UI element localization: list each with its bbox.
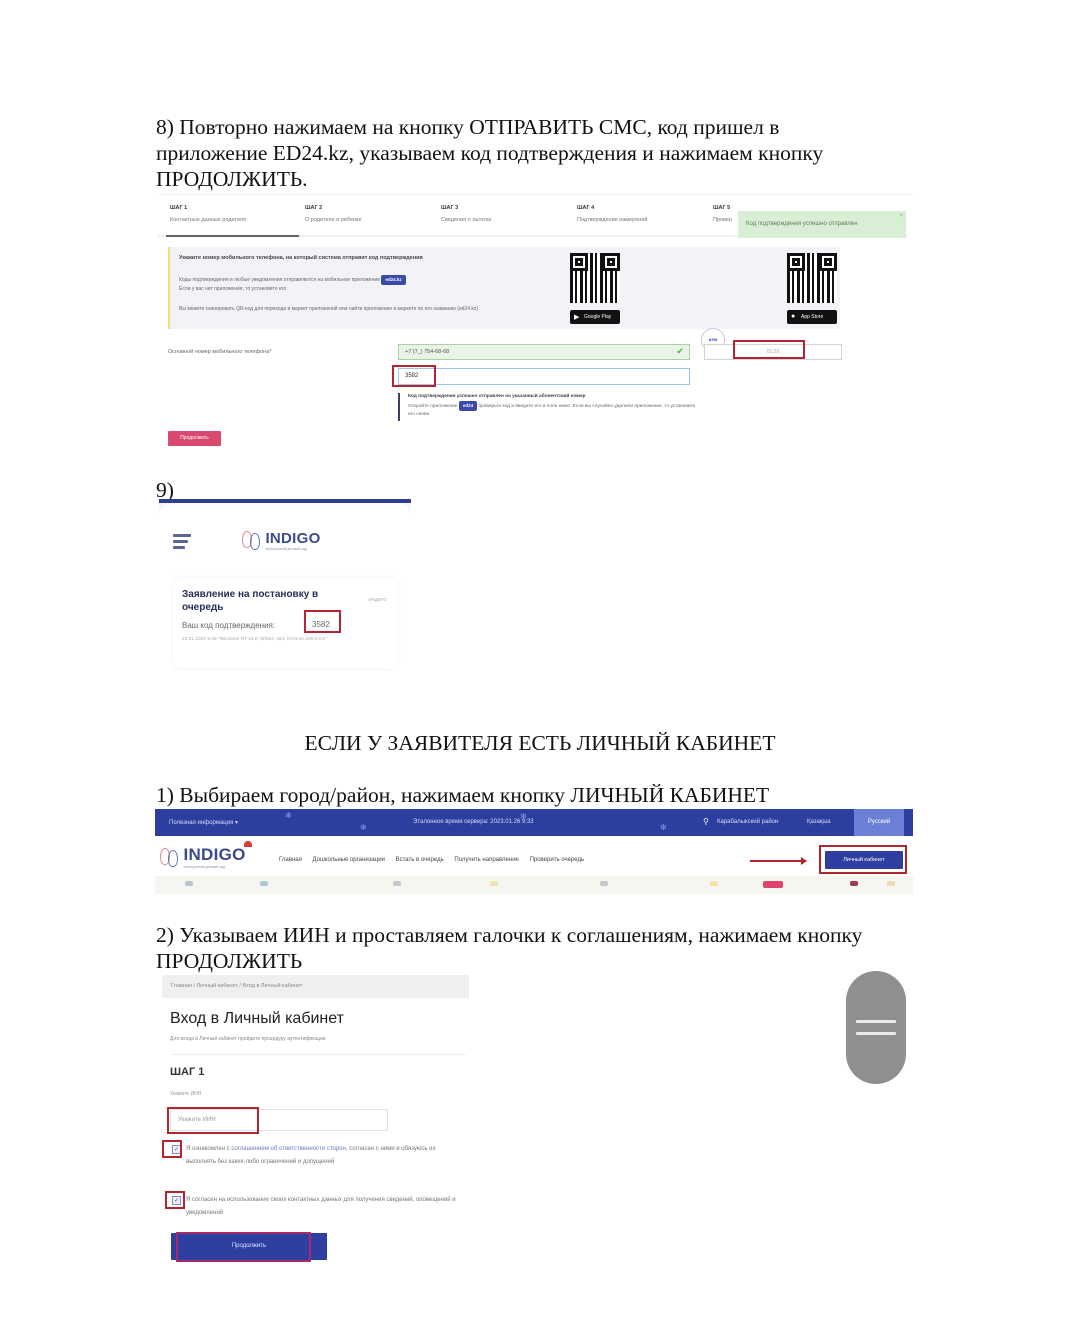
nav-home[interactable]: Главная — [279, 857, 302, 863]
wizard-step-number: ШАГ 1 — [170, 205, 246, 211]
divider — [170, 1054, 466, 1055]
wizard-step-label: Контактные данные родителя — [170, 217, 246, 223]
google-play-badge[interactable]: ▶Google Play — [570, 310, 620, 324]
info-line: Коды подтверждения и любые уведомления о… — [179, 277, 380, 283]
notification-card[interactable]: Заявление на постановку в очередь ИНДИГО… — [173, 578, 397, 668]
wizard-step-number: ШАГ 4 — [577, 205, 647, 211]
main-nav: Главная Дошкольные организации Встать в … — [279, 857, 593, 863]
highlight-box — [392, 365, 436, 387]
snowflake-icon: ✻ — [660, 823, 667, 832]
decoration — [490, 881, 498, 886]
decoration — [393, 881, 401, 886]
page-title: Вход в Личный кабинет — [170, 1010, 344, 1028]
agreement-checkbox-2[interactable]: ✓ Я согласен на использование своих конт… — [172, 1194, 462, 1220]
decoration — [850, 881, 858, 886]
wizard-step-4[interactable]: ШАГ 4 Подтверждение намерений — [577, 205, 647, 223]
instruction-step-1: 1) Выбираем город/район, нажимаем кнопку… — [156, 782, 769, 808]
continue-button[interactable]: Продолжить — [168, 431, 221, 446]
wizard-step-5[interactable]: ШАГ 5 Провер — [713, 205, 732, 223]
confirmation-code-input[interactable]: 3582 — [398, 368, 690, 385]
page-subtitle: Для входа в Личный кабинет пройдите проц… — [170, 1036, 326, 1042]
snowflake-icon: ✻ — [360, 823, 367, 832]
phone-input[interactable]: +7 (7_) 754-68-68 ✔ — [398, 344, 690, 360]
handle-grip-line — [856, 1020, 896, 1023]
check-icon: ✔ — [676, 346, 684, 357]
useful-info-dropdown[interactable]: Полезная информация ▾ — [169, 819, 238, 826]
nav-organizations[interactable]: Дошкольные организации — [313, 857, 385, 863]
wizard-step-label: Провер — [713, 217, 732, 223]
sent-note-text: Откройте приложение — [408, 404, 457, 409]
arrow-head-icon — [801, 857, 807, 865]
breadcrumb[interactable]: Главная / Личный кабинет / Вход в Личный… — [162, 975, 469, 998]
toast-message: Код подтверждения успешно отправлен — [746, 221, 858, 227]
nav-get-referral[interactable]: Получить направление — [454, 857, 519, 863]
notification-sender: ИНДИГО — [369, 597, 387, 602]
wizard-step-number: ШАГ 5 — [713, 205, 732, 211]
decoration — [185, 881, 193, 886]
phone-label: Основной номер мобильного телефона* — [168, 349, 271, 355]
wizard-progress-active — [166, 235, 299, 237]
brand-subtitle: электронный детский сад — [183, 865, 245, 869]
nav-join-queue[interactable]: Встать в очередь — [396, 857, 444, 863]
decoration — [260, 881, 268, 886]
highlight-box — [819, 845, 907, 874]
agreement-link[interactable]: соглашением об ответственности сторон — [231, 1146, 346, 1152]
brand-name: INDIGO — [183, 845, 245, 864]
app-badge: ed24.kz — [381, 275, 405, 285]
floating-scroll-handle[interactable] — [846, 971, 906, 1084]
login-screenshot: Главная / Личный кабинет / Вход в Личный… — [162, 975, 469, 1270]
play-icon: ▶ — [574, 313, 579, 321]
handle-grip-line — [856, 1032, 896, 1035]
phone-value: +7 (7_) 754-68-68 — [405, 349, 449, 355]
info-line: Если у вас нет приложения, то установите… — [179, 286, 286, 292]
highlight-box — [304, 610, 341, 633]
agreement-checkbox-1[interactable]: ✓ Я ознакомлен с соглашением об ответств… — [172, 1143, 462, 1169]
indigo-logo[interactable]: INDIGOэлектронный детский сад — [159, 845, 246, 869]
wizard-step-label: Подтверждение намерений — [577, 217, 647, 223]
wizard-step-label: Сведения о льготах — [441, 217, 491, 223]
wizard-step-number: ШАГ 3 — [441, 205, 491, 211]
mobile-frame: INDIGOэлектронный детский сад Заявление … — [159, 503, 411, 674]
feet-logo-icon — [241, 529, 261, 551]
arrow-annotation — [750, 860, 804, 862]
highlight-box — [167, 1107, 259, 1134]
highlight-box — [733, 340, 805, 359]
mobile-screenshot: INDIGOэлектронный детский сад Заявление … — [159, 499, 411, 674]
decoration — [600, 881, 608, 886]
lang-russian[interactable]: Русский — [854, 809, 904, 836]
wizard-step-2[interactable]: ШАГ 2 О родителе и ребенке — [305, 205, 362, 223]
wizard-step-label: О родителе и ребенке — [305, 217, 362, 223]
info-text-app: Коды подтверждения и любые уведомления о… — [179, 275, 499, 293]
wizard-screenshot: ШАГ 1 Контактные данные родителя ШАГ 2 О… — [158, 194, 913, 452]
qr-code-app-store — [787, 253, 837, 303]
info-text-qr: Вы можете сканировать QR-код для переход… — [179, 305, 479, 313]
decoration — [763, 881, 783, 888]
step-title: ШАГ 1 — [170, 1066, 204, 1078]
close-icon[interactable]: × — [899, 213, 903, 219]
santa-hat-icon — [244, 841, 252, 847]
success-toast: Код подтверждения успешно отправлен × — [738, 211, 906, 238]
brand-name: INDIGO — [265, 530, 320, 547]
wizard-step-number: ШАГ 2 — [305, 205, 362, 211]
location-pin-icon: ⚲ — [703, 817, 709, 826]
brand-subtitle: электронный детский сад — [265, 547, 320, 551]
agreement-text: Я согласен на использование своих контак… — [186, 1197, 456, 1216]
instruction-step-2: 2) Указываем ИИН и проставляем галочки к… — [156, 922, 908, 974]
app-store-badge[interactable]: ●App Store — [787, 310, 837, 324]
site-header-screenshot: ✻ ✻ ✻ ✻ Полезная информация ▾ Эталонное … — [155, 809, 913, 894]
google-play-label: Google Play — [584, 314, 611, 320]
highlight-box — [176, 1232, 311, 1262]
instruction-step-8: 8) Повторно нажимаем на кнопку ОТПРАВИТЬ… — [156, 114, 896, 192]
notification-meta: 23.01.2023 9:48 "Windows NT 10.0; Win64;… — [182, 636, 382, 643]
decoration — [710, 881, 718, 886]
apple-icon: ● — [791, 313, 795, 320]
decoration — [887, 881, 895, 886]
agreement-text: Я ознакомлен с — [186, 1146, 231, 1152]
menu-icon[interactable] — [173, 534, 191, 548]
server-time: Эталонное время сервера: 2023.01.26 9:33 — [413, 819, 534, 825]
district-selector[interactable]: Карабалыкский район — [717, 819, 778, 825]
indigo-logo: INDIGOэлектронный детский сад — [241, 529, 321, 551]
section-heading: ЕСЛИ У ЗАЯВИТЕЛЯ ЕСТЬ ЛИЧНЫЙ КАБИНЕТ — [0, 730, 1080, 756]
notification-message: Ваш код подтверждения: — [182, 621, 275, 630]
lang-kazakh[interactable]: Қазақша — [807, 819, 831, 825]
sent-note-title: Код подтверждения успешно отправлен на у… — [408, 394, 586, 399]
sent-note: Код подтверждения успешно отправлен на у… — [398, 393, 698, 421]
decorative-strip — [155, 876, 913, 894]
nav-check-queue[interactable]: Проверить очередь — [530, 857, 585, 863]
info-title: Укажите номер мобильного телефона, на ко… — [179, 255, 479, 262]
app-store-label: App Store — [801, 314, 823, 320]
highlight-box — [165, 1191, 185, 1209]
app-badge: ed24 — [459, 401, 477, 411]
info-box: Укажите номер мобильного телефона, на ко… — [168, 247, 840, 329]
top-bar: ✻ ✻ ✻ ✻ Полезная информация ▾ Эталонное … — [155, 809, 913, 836]
wizard-step-3[interactable]: ШАГ 3 Сведения о льготах — [441, 205, 491, 223]
snowflake-icon: ✻ — [285, 811, 292, 820]
iin-label: Укажите ИИН — [170, 1091, 201, 1097]
feet-logo-icon — [159, 846, 179, 868]
wizard-step-1[interactable]: ШАГ 1 Контактные данные родителя — [170, 205, 246, 223]
qr-code-google-play — [570, 253, 620, 303]
highlight-box — [162, 1140, 182, 1158]
